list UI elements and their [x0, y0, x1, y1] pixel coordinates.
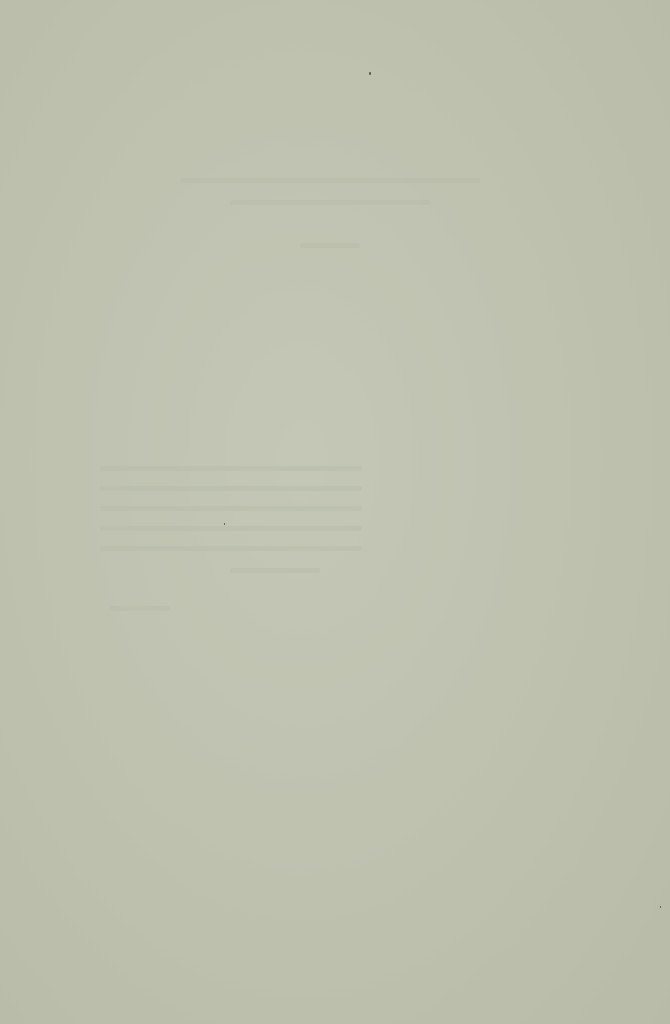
dust-speck	[660, 906, 661, 908]
dust-speck	[369, 72, 371, 75]
bleed-through-line	[100, 466, 362, 471]
bleed-through-line	[100, 506, 362, 511]
bleed-through-line	[300, 243, 360, 248]
bleed-through-line	[180, 178, 480, 183]
bleed-through-line	[100, 526, 362, 531]
dust-speck	[224, 523, 225, 525]
scanned-page	[0, 0, 670, 1024]
bleed-through-line	[100, 546, 362, 551]
bleed-through-line	[100, 486, 362, 491]
bleed-through-line	[110, 606, 170, 611]
bleed-through-line	[230, 200, 430, 205]
bleed-through-line	[230, 568, 320, 573]
